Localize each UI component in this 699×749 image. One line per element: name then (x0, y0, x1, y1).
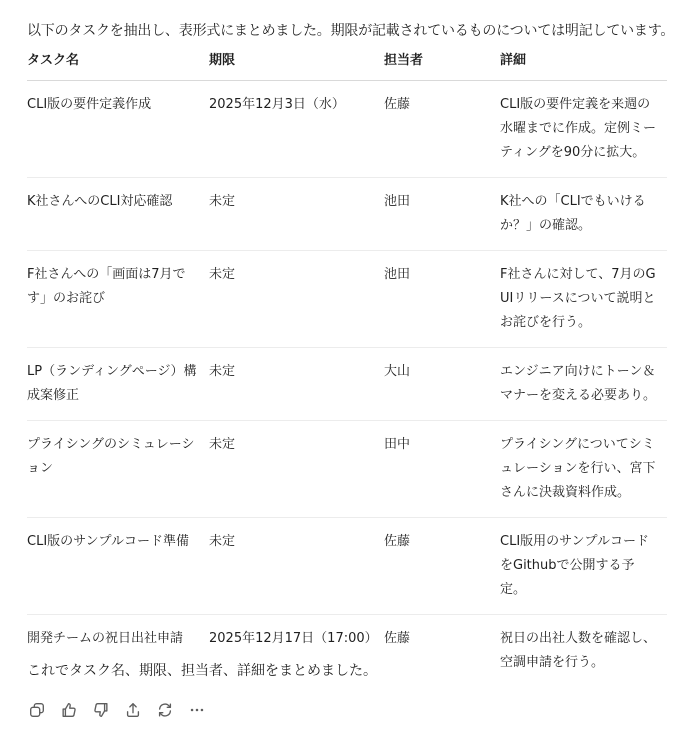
header-task: タスク名 (27, 50, 209, 81)
cell-detail: プライシングについてシミュレーションを行い、宮下さんに決裁資料作成。 (500, 421, 667, 518)
cell-owner: 佐藤 (384, 615, 500, 688)
cell-owner: 佐藤 (384, 81, 500, 178)
cell-task: CLI版のサンプルコード準備 (27, 518, 209, 615)
cell-detail: CLI版用のサンプルコードをGithubで公開する予定。 (500, 518, 667, 615)
thumbs-up-button[interactable] (59, 700, 79, 720)
share-button[interactable] (123, 700, 143, 720)
regenerate-button[interactable] (155, 700, 175, 720)
cell-owner: 佐藤 (384, 518, 500, 615)
thumbs-up-icon (60, 701, 78, 719)
cell-due: 未定 (209, 251, 384, 348)
table-row: CLI版の要件定義作成 2025年12月3日（水） 佐藤 CLI版の要件定義を来… (27, 81, 667, 178)
message-actions (27, 700, 207, 720)
table-row: プライシングのシミュレーション 未定 田中 プライシングについてシミュレーション… (27, 421, 667, 518)
table-row: K社さんへのCLI対応確認 未定 池田 K社への「CLIでもいけるか？」の確認。 (27, 178, 667, 251)
cell-task: K社さんへのCLI対応確認 (27, 178, 209, 251)
intro-text: 以下のタスクを抽出し、表形式にまとめました。期限が記載されているものについては明… (27, 21, 674, 41)
header-detail: 詳細 (500, 50, 667, 81)
cell-detail: K社への「CLIでもいけるか？」の確認。 (500, 178, 667, 251)
cell-owner: 池田 (384, 251, 500, 348)
table-row: CLI版のサンプルコード準備 未定 佐藤 CLI版用のサンプルコードをGithu… (27, 518, 667, 615)
header-due: 期限 (209, 50, 384, 81)
table-row: LP（ランディングページ）構成案修正 未定 大山 エンジニア向けにトーン＆マナー… (27, 348, 667, 421)
more-button[interactable] (187, 700, 207, 720)
cell-due: 未定 (209, 348, 384, 421)
thumbs-down-icon (92, 701, 110, 719)
cell-task: プライシングのシミュレーション (27, 421, 209, 518)
copy-icon (28, 701, 46, 719)
cell-owner: 田中 (384, 421, 500, 518)
thumbs-down-button[interactable] (91, 700, 111, 720)
cell-detail: CLI版の要件定義を来週の水曜までに作成。定例ミーティングを90分に拡大。 (500, 81, 667, 178)
cell-task: LP（ランディングページ）構成案修正 (27, 348, 209, 421)
share-icon (124, 701, 142, 719)
task-table: タスク名 期限 担当者 詳細 CLI版の要件定義作成 2025年12月3日（水）… (27, 50, 667, 687)
cell-owner: 大山 (384, 348, 500, 421)
header-owner: 担当者 (384, 50, 500, 81)
regenerate-icon (156, 701, 174, 719)
cell-due: 未定 (209, 518, 384, 615)
cell-task: CLI版の要件定義作成 (27, 81, 209, 178)
cell-owner: 池田 (384, 178, 500, 251)
table-header-row: タスク名 期限 担当者 詳細 (27, 50, 667, 81)
outro-text: これでタスク名、期限、担当者、詳細をまとめました。 (27, 661, 377, 681)
cell-detail: エンジニア向けにトーン＆マナーを変える必要あり。 (500, 348, 667, 421)
cell-due: 未定 (209, 178, 384, 251)
cell-due: 2025年12月3日（水） (209, 81, 384, 178)
cell-task: F社さんへの「画面は7月です」のお詫び (27, 251, 209, 348)
copy-button[interactable] (27, 700, 47, 720)
more-icon (188, 701, 206, 719)
table-row: F社さんへの「画面は7月です」のお詫び 未定 池田 F社さんに対して、7月のGU… (27, 251, 667, 348)
cell-due: 未定 (209, 421, 384, 518)
cell-detail: 祝日の出社人数を確認し、空調申請を行う。 (500, 615, 667, 688)
cell-detail: F社さんに対して、7月のGUIリリースについて説明とお詫びを行う。 (500, 251, 667, 348)
